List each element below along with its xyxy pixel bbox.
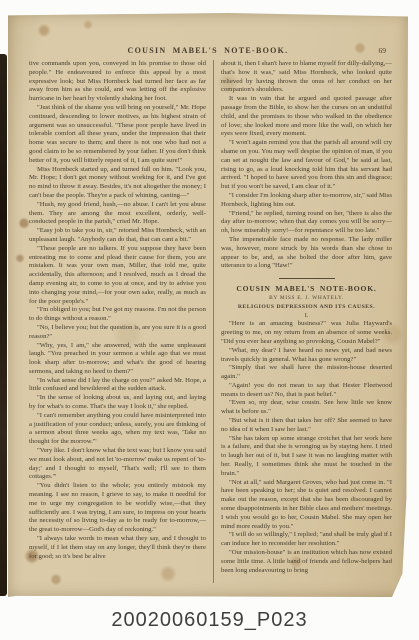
paragraph: The impenetrable face made no response. … — [221, 236, 392, 271]
paragraph: It was in vain that he argued and quoted… — [221, 95, 392, 139]
paragraph: "I won't again remind you that the paris… — [221, 139, 392, 192]
text-block: tive commands upon you, conveyed in his … — [29, 60, 392, 583]
paragraph: "Why, yes, I am," she answered, with the… — [29, 342, 206, 377]
paragraph: "In the sense of looking about us, and l… — [29, 394, 206, 412]
paragraph: "What, my dear? I have heard no news yet… — [221, 347, 392, 365]
paragraph: "Again! you do not mean to say that Hest… — [221, 382, 392, 400]
paragraph: "Even so, my dear, wise cousin. See how … — [221, 399, 392, 417]
paragraph: "Not at all," said Margaret Groves, who … — [221, 479, 392, 532]
paragraph: "But what is it then that takes her off?… — [221, 417, 392, 435]
paragraph: "These people are no talkers. If you sup… — [29, 245, 206, 307]
paragraph: "Friend," he replied, turning round on h… — [221, 210, 392, 236]
left-text-column: tive commands upon you, conveyed in his … — [29, 60, 213, 583]
paragraph: "Our mission-house" is an institution wh… — [221, 549, 392, 575]
section-title: COUSIN MABEL'S NOTE-BOOK. — [221, 285, 392, 294]
paragraph: "Here is an amazing business?" was Julia… — [221, 320, 392, 346]
paragraph: "She has taken up some strange crotchet … — [221, 435, 392, 479]
section-divider-rule — [279, 278, 335, 279]
paragraph: "Easy job to take you in, sir," retorted… — [29, 227, 206, 245]
section-paragraphs: "Here is an amazing business?" was Julia… — [221, 320, 392, 575]
book-gutter-edge — [0, 54, 7, 596]
scanned-book-page: COUSIN MABEL'S NOTE-BOOK. 69 tive comman… — [8, 13, 408, 597]
paragraph: "Hush, my good friend, hush,—no abuse. I… — [29, 201, 206, 227]
paragraph: "Simply that we shall have the mission-h… — [221, 364, 392, 382]
paragraph: "Very like. I don't know what the text w… — [29, 447, 206, 482]
paragraph: "I will do so willingly," I replied; "an… — [221, 531, 392, 549]
scan-archive-label: 20020060159_P023 — [0, 609, 419, 632]
paragraph: "I consider I'm looking sharp after to-m… — [221, 192, 392, 210]
right-text-column: about it, then I shan't have to blame my… — [213, 60, 392, 583]
paragraph: "Just think of the shame you will bring … — [29, 104, 206, 166]
paragraph: "No, I believe you; but the question is,… — [29, 324, 206, 342]
paragraph: "I always take words to mean what they s… — [29, 535, 206, 561]
paragraph: tive commands upon you, conveyed in his … — [29, 60, 206, 104]
paragraph: "I can't remember anything you could hav… — [29, 412, 206, 447]
section-subtitle: RELIGIOUS DEPRESSION AND ITS CAUSES. — [221, 303, 392, 312]
paragraph: "You didn't listen to the whole; you ent… — [29, 482, 206, 535]
paragraph: "I'm obliged to you; but I've got my rea… — [29, 306, 206, 324]
paragraph: about it, then I shan't have to blame my… — [221, 60, 392, 95]
chapter-numeral: I. — [221, 312, 392, 321]
running-header-title: COUSIN MABEL'S NOTE-BOOK. — [8, 46, 408, 55]
right-column-top-paragraphs: about it, then I shan't have to blame my… — [221, 60, 392, 271]
paragraph: Miss Hornbeck started up, and turned ful… — [29, 166, 206, 201]
section-byline: BY MISS E. J. WHATELY. — [221, 294, 392, 303]
page-number: 69 — [379, 46, 387, 55]
paragraph: "In what sense did I lay the charge on y… — [29, 377, 206, 395]
